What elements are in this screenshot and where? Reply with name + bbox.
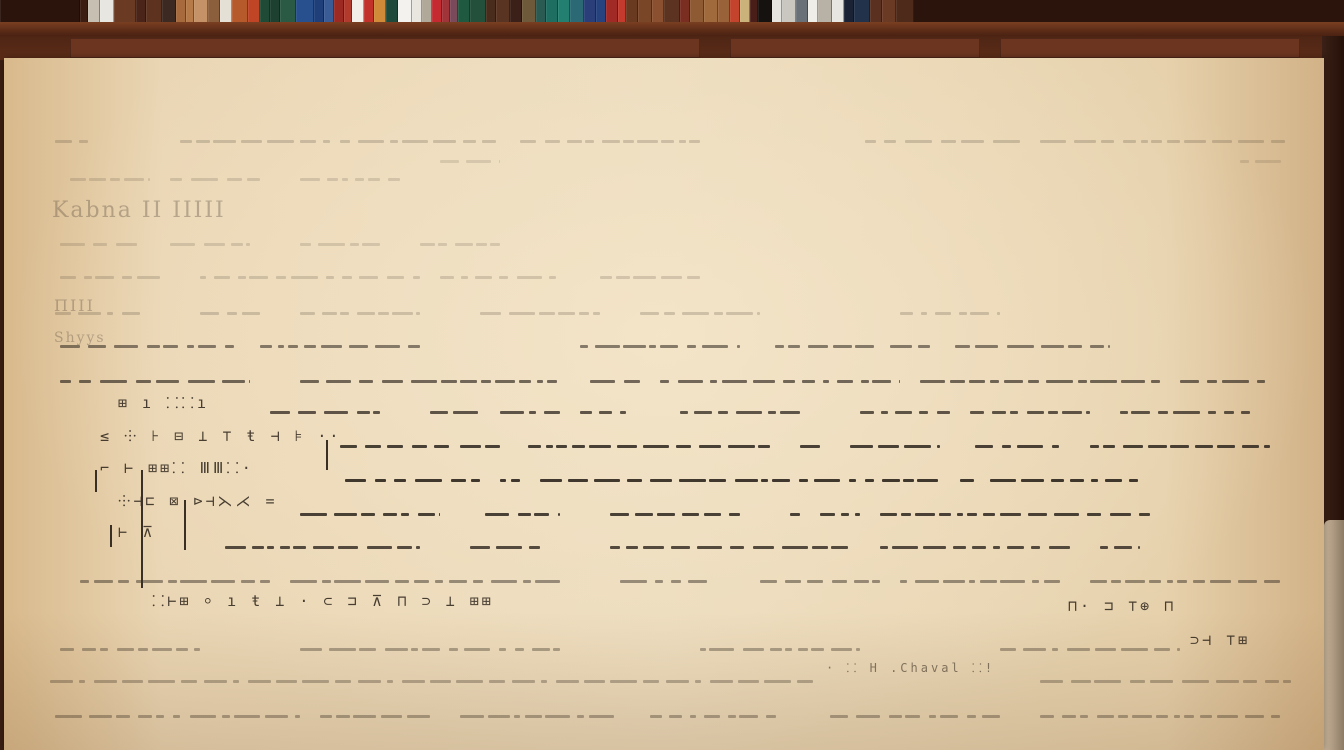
ink-dash xyxy=(276,680,297,683)
ink-dash xyxy=(1095,648,1116,651)
ink-dash xyxy=(880,513,897,516)
ink-dash xyxy=(318,243,345,246)
ink-dash xyxy=(969,580,975,583)
ink-dash xyxy=(349,345,368,348)
ink-dash xyxy=(1150,680,1173,683)
ink-dash xyxy=(441,380,457,383)
ink-dash xyxy=(1121,648,1148,651)
book-spine xyxy=(374,0,386,23)
ink-dash xyxy=(627,479,642,482)
ink-dash xyxy=(545,715,570,718)
ink-dash xyxy=(556,680,579,683)
ink-dash xyxy=(814,479,840,482)
ink-dash xyxy=(738,680,759,683)
ink-dash xyxy=(385,648,408,651)
ink-dash xyxy=(491,580,517,583)
ink-dash xyxy=(466,160,491,163)
book-spine xyxy=(220,0,232,23)
ink-dash xyxy=(300,140,316,143)
ink-dash xyxy=(490,243,500,246)
ink-dash xyxy=(80,580,89,583)
ink-vertical-stroke xyxy=(141,470,143,588)
ink-dash xyxy=(278,345,284,348)
ink-dash xyxy=(265,715,288,718)
ink-dash xyxy=(1023,648,1046,651)
ink-dash xyxy=(241,140,262,143)
ink-dash xyxy=(905,140,932,143)
ink-dash xyxy=(191,178,218,181)
ink-dash xyxy=(729,513,740,516)
ink-dash xyxy=(1028,380,1039,383)
ink-dash xyxy=(368,178,380,181)
ink-dash xyxy=(451,479,466,482)
ink-dash xyxy=(357,411,370,414)
ink-dash xyxy=(541,680,547,683)
book-spine xyxy=(324,0,334,23)
ink-dash xyxy=(79,140,88,143)
book-spine xyxy=(194,0,208,23)
ink-dash xyxy=(147,345,160,348)
ink-dash xyxy=(326,380,351,383)
ink-dash xyxy=(1156,715,1168,718)
ink-dash xyxy=(714,312,723,315)
illegible-glyph-marks: ⊓· ⊐ ⊤⊕ ⊓ xyxy=(1068,597,1176,615)
ink-dash xyxy=(60,243,85,246)
shelf-board xyxy=(0,22,1344,36)
ink-dash xyxy=(572,445,585,448)
ink-dash xyxy=(359,276,378,279)
ink-dash xyxy=(1044,580,1060,583)
ink-dash xyxy=(940,715,958,718)
ink-dash xyxy=(1173,411,1200,414)
ink-dash xyxy=(401,513,409,516)
ink-dash xyxy=(440,160,459,163)
ink-dash xyxy=(760,580,777,583)
ink-dash xyxy=(480,312,501,315)
ink-dash xyxy=(520,140,536,143)
ink-dash xyxy=(953,546,966,549)
book-spine xyxy=(740,0,750,23)
ink-dash xyxy=(798,648,808,651)
ink-dash xyxy=(335,680,351,683)
ink-dash xyxy=(242,312,260,315)
ink-dash xyxy=(820,513,835,516)
ink-dash xyxy=(430,411,448,414)
ink-dash xyxy=(1154,648,1170,651)
ink-dash xyxy=(589,445,611,448)
ink-dash xyxy=(799,479,808,482)
book-spine xyxy=(558,0,570,23)
ink-dash xyxy=(950,380,965,383)
ink-dash xyxy=(699,445,721,448)
ink-dash xyxy=(238,276,246,279)
ink-dash xyxy=(660,380,669,383)
ink-dash xyxy=(249,276,268,279)
book-spine xyxy=(796,0,808,23)
ink-dash xyxy=(915,580,939,583)
ink-dash xyxy=(709,648,734,651)
book-spine xyxy=(546,0,558,23)
ink-dash xyxy=(785,580,801,583)
ink-dash xyxy=(1222,380,1249,383)
ink-dash xyxy=(764,680,791,683)
ink-dash xyxy=(753,546,774,549)
ink-dash xyxy=(227,178,242,181)
ink-dash xyxy=(546,445,553,448)
book-spine xyxy=(844,0,854,23)
ink-dash xyxy=(534,513,549,516)
ink-dash xyxy=(225,345,234,348)
ink-dash xyxy=(687,345,696,348)
ink-dash xyxy=(1217,445,1235,448)
ink-dash xyxy=(1062,411,1082,414)
ink-dash xyxy=(1007,546,1024,549)
ink-dash xyxy=(187,345,194,348)
ink-dash xyxy=(181,680,197,683)
ink-dash xyxy=(679,140,686,143)
ink-dash xyxy=(1010,411,1018,414)
ink-dash xyxy=(138,715,152,718)
ink-dash xyxy=(1101,140,1114,143)
ink-dash xyxy=(453,411,478,414)
ink-dash xyxy=(556,445,567,448)
ink-dash xyxy=(881,411,888,414)
ink-dash xyxy=(411,380,437,383)
ink-dash xyxy=(861,380,869,383)
ink-dash xyxy=(394,479,406,482)
ink-dash xyxy=(623,140,634,143)
ink-dash xyxy=(107,312,113,315)
ink-dash xyxy=(1000,648,1016,651)
ink-dash xyxy=(55,715,82,718)
ink-dash xyxy=(1111,580,1121,583)
illegible-glyph-marks: ≤ ⸭ ⊦ ⊟ ⊥ ⊤ ŧ ⊣ ⊧ ·· xyxy=(100,426,341,446)
ink-dash xyxy=(1100,546,1108,549)
ink-dash xyxy=(1148,445,1167,448)
book-spine xyxy=(442,0,450,23)
ink-dash xyxy=(905,715,920,718)
ink-dash xyxy=(211,580,235,583)
ink-dash xyxy=(1090,345,1104,348)
ink-dash xyxy=(116,243,137,246)
ink-dash xyxy=(1114,546,1132,549)
ink-dash xyxy=(300,648,322,651)
ink-dash xyxy=(460,380,477,383)
ink-dash xyxy=(471,479,480,482)
ink-dash xyxy=(1123,140,1136,143)
ink-dash xyxy=(93,243,107,246)
ink-dash xyxy=(482,140,496,143)
ink-dash xyxy=(915,513,935,516)
ink-dash xyxy=(679,479,706,482)
book-spine xyxy=(0,0,80,23)
ink-dash xyxy=(669,715,682,718)
ink-dash xyxy=(872,580,880,583)
book-spine xyxy=(458,0,470,23)
ink-dash xyxy=(321,345,342,348)
ink-dash xyxy=(1184,715,1194,718)
ink-dash xyxy=(88,345,106,348)
ink-dash xyxy=(327,178,338,181)
ink-dash xyxy=(1283,680,1291,683)
ink-dash xyxy=(830,715,848,718)
ink-dash xyxy=(697,546,722,549)
book-spine xyxy=(80,0,88,23)
ink-dash xyxy=(737,345,740,348)
ink-dash xyxy=(1264,445,1270,448)
ink-dash xyxy=(983,513,995,516)
ink-dash xyxy=(1070,479,1084,482)
book-spine xyxy=(136,0,146,23)
ink-dash xyxy=(880,546,888,549)
ink-dash xyxy=(322,580,331,583)
ink-dash xyxy=(599,411,612,414)
ink-dash xyxy=(383,513,397,516)
book-spine xyxy=(618,0,626,23)
ink-dash xyxy=(387,445,403,448)
ink-dash xyxy=(402,140,428,143)
ink-dash xyxy=(1125,580,1145,583)
ink-dash xyxy=(937,445,940,448)
ink-dash xyxy=(414,580,429,583)
ink-dash xyxy=(855,513,860,516)
ink-dash xyxy=(136,380,151,383)
ink-dash xyxy=(624,380,640,383)
ink-dash xyxy=(643,680,659,683)
ink-dash xyxy=(499,276,508,279)
ink-dash xyxy=(355,178,364,181)
ink-dash xyxy=(689,140,700,143)
ink-dash xyxy=(590,380,615,383)
ink-dash xyxy=(980,580,997,583)
ink-dash xyxy=(204,243,225,246)
ink-dash xyxy=(955,345,970,348)
ink-dash xyxy=(610,513,629,516)
ink-dash xyxy=(137,276,160,279)
ink-dash xyxy=(1040,680,1063,683)
book-spine xyxy=(818,0,832,23)
ink-dash xyxy=(1240,160,1249,163)
book-spine xyxy=(496,0,510,23)
ink-dash xyxy=(455,243,473,246)
book-spine xyxy=(664,0,680,23)
ink-dash xyxy=(643,445,669,448)
ink-dash xyxy=(500,411,524,414)
ink-dash xyxy=(100,648,108,651)
ink-dash xyxy=(579,312,589,315)
ink-dash xyxy=(518,513,531,516)
ink-dash xyxy=(340,445,357,448)
ink-dash xyxy=(204,680,227,683)
aged-paper-document: Kabna II IIIII ПIII Shyys ⊞ ı ⸬⸬ı≤ ⸭ ⊦ ⊟… xyxy=(4,58,1324,750)
ink-dash xyxy=(1031,546,1040,549)
ink-dash xyxy=(489,680,505,683)
ink-dash xyxy=(841,513,849,516)
ink-dash xyxy=(837,380,853,383)
ink-dash xyxy=(138,648,148,651)
ink-dash xyxy=(1051,479,1064,482)
book-spine xyxy=(626,0,638,23)
ink-dash xyxy=(900,580,907,583)
ink-dash xyxy=(1200,715,1212,718)
book-spine xyxy=(584,0,596,23)
ink-dash xyxy=(60,648,74,651)
ink-dash xyxy=(336,715,350,718)
ink-dash xyxy=(1158,411,1168,414)
ink-dash xyxy=(528,445,541,448)
ink-dash xyxy=(214,276,230,279)
ink-dash xyxy=(1224,411,1234,414)
ink-dash xyxy=(1110,513,1131,516)
ink-dash xyxy=(585,140,594,143)
faded-side-mark: Shyys xyxy=(54,330,106,346)
ink-dash xyxy=(1090,380,1117,383)
ink-dash xyxy=(196,140,210,143)
book-spine xyxy=(248,0,260,23)
ink-dash xyxy=(1097,715,1114,718)
ink-dash xyxy=(200,276,206,279)
ink-dash xyxy=(433,140,456,143)
ink-dash xyxy=(992,411,1006,414)
ink-dash xyxy=(768,411,776,414)
ink-dash xyxy=(882,479,900,482)
ink-dash xyxy=(313,546,334,549)
ink-dash xyxy=(55,312,71,315)
ink-dash xyxy=(1271,715,1280,718)
ink-dash xyxy=(790,513,800,516)
ink-dash xyxy=(435,580,443,583)
book-spine xyxy=(280,0,296,23)
ink-dash xyxy=(514,715,520,718)
ink-dash xyxy=(485,513,509,516)
book-spine xyxy=(606,0,618,23)
book-spine xyxy=(536,0,546,23)
ink-dash xyxy=(1264,580,1280,583)
ink-dash xyxy=(246,243,250,246)
book-spine xyxy=(364,0,374,23)
ink-dash xyxy=(680,411,688,414)
ink-dash xyxy=(388,178,400,181)
ink-dash xyxy=(918,345,930,348)
illegible-glyph-marks: ⸬⊢⊞ ⸰ ı ŧ ⊥ · ⊂ ⊐ ⊼ ⊓ ⊃ ⊥ ⊞⊞ xyxy=(152,591,494,611)
ink-dash xyxy=(89,178,106,181)
illegible-glyph-marks: ⊢ ⊼ xyxy=(118,523,156,541)
ink-dash xyxy=(357,312,375,315)
ink-dash xyxy=(233,680,239,683)
ink-dash xyxy=(643,546,664,549)
ink-dash xyxy=(407,715,430,718)
ink-dash xyxy=(392,312,413,315)
book-spine xyxy=(100,0,114,23)
book-spine xyxy=(208,0,220,23)
ink-dash xyxy=(378,312,389,315)
ink-dash xyxy=(657,513,675,516)
ink-dash xyxy=(499,648,506,651)
ink-dash xyxy=(460,445,481,448)
book-spine xyxy=(398,0,412,23)
illegible-text-line xyxy=(4,546,1324,549)
ink-dash xyxy=(1184,140,1206,143)
ink-dash xyxy=(884,140,896,143)
ink-dash xyxy=(775,345,784,348)
ink-dash xyxy=(854,580,869,583)
ink-dash xyxy=(889,715,902,718)
ink-dash xyxy=(293,546,306,549)
ink-dash xyxy=(797,680,813,683)
ink-dash xyxy=(549,276,556,279)
bookshelf-books xyxy=(0,0,1344,23)
ink-dash xyxy=(600,276,612,279)
ink-dash xyxy=(772,479,790,482)
ink-dash xyxy=(381,715,402,718)
ink-dash xyxy=(1000,513,1021,516)
ink-dash xyxy=(970,411,984,414)
ink-dash xyxy=(1138,546,1140,549)
ink-dash xyxy=(1212,140,1232,143)
ink-dash xyxy=(362,243,380,246)
ink-dash xyxy=(766,715,776,718)
book-spine xyxy=(680,0,690,23)
illegible-text-line xyxy=(4,276,1324,279)
ink-dash xyxy=(1131,411,1150,414)
ink-dash xyxy=(1120,411,1128,414)
ink-dash xyxy=(300,513,327,516)
ink-dash xyxy=(993,546,1000,549)
illegible-text-line xyxy=(4,312,1324,315)
ink-dash xyxy=(456,680,483,683)
ink-dash xyxy=(1241,411,1250,414)
ink-dash xyxy=(537,380,543,383)
ink-dash xyxy=(1017,445,1043,448)
ink-dash xyxy=(460,715,484,718)
ink-dash xyxy=(640,312,659,315)
ink-dash xyxy=(568,479,588,482)
book-spine xyxy=(808,0,818,23)
ink-dash xyxy=(695,680,701,683)
ink-dash xyxy=(118,580,129,583)
ink-dash xyxy=(234,715,260,718)
ink-dash xyxy=(298,411,316,414)
ink-dash xyxy=(334,580,361,583)
ink-dash xyxy=(682,513,699,516)
ink-dash xyxy=(626,546,638,549)
ink-dash xyxy=(808,345,828,348)
ink-dash xyxy=(593,312,600,315)
ink-dash xyxy=(291,276,318,279)
ink-dash xyxy=(188,380,215,383)
ink-vertical-stroke xyxy=(326,440,328,470)
ink-dash xyxy=(802,380,815,383)
ink-dash xyxy=(935,312,951,315)
ink-dash xyxy=(415,479,442,482)
shelf-back-panel xyxy=(0,36,1344,60)
ink-dash xyxy=(1094,680,1121,683)
ink-dash xyxy=(1078,380,1087,383)
ink-dash xyxy=(79,680,85,683)
ink-dash xyxy=(700,648,706,651)
illegible-text-line xyxy=(4,479,1324,482)
ink-dash xyxy=(324,411,348,414)
ink-dash xyxy=(688,580,707,583)
ink-dash xyxy=(1177,580,1187,583)
ink-dash xyxy=(782,546,808,549)
book-spine xyxy=(758,0,772,23)
ink-dash xyxy=(373,411,380,414)
ink-dash xyxy=(60,345,80,348)
ink-dash xyxy=(594,479,620,482)
ink-dash xyxy=(1208,411,1216,414)
ink-dash xyxy=(365,445,381,448)
